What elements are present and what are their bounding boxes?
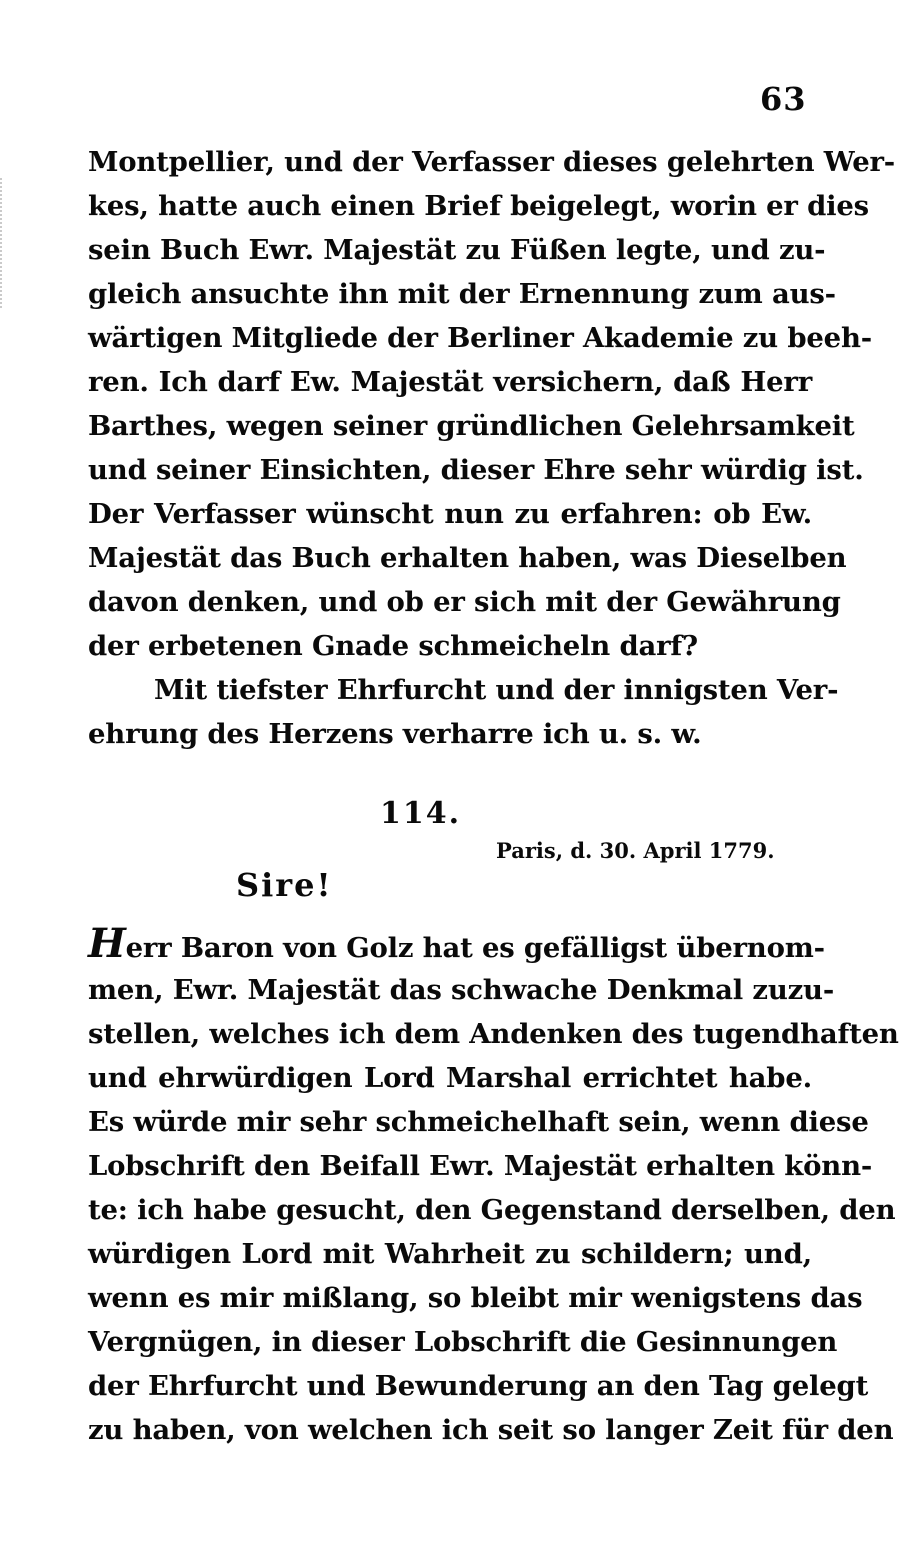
text-line: Montpellier, und der Verfasser dieses ge… [88,140,812,184]
drop-cap: H [88,920,126,967]
text-line: Es würde mir sehr schmeichelhaft sein, w… [88,1100,812,1144]
text-line: wärtigen Mitgliede der Berliner Akademie… [88,316,812,360]
text-line: kes, hatte auch einen Brief beigelegt, w… [88,184,812,228]
text-line: würdigen Lord mit Wahrheit zu schildern;… [88,1232,812,1276]
text-line: Lobschrift den Beifall Ewr. Majestät erh… [88,1144,812,1188]
text-line: stellen, welches ich dem Andenken des tu… [88,1012,812,1056]
text-line-first: Herr Baron von Golz hat es gefälligst üb… [88,924,812,968]
text-line: gleich ansuchte ihn mit der Ernennung zu… [88,272,812,316]
text-line: davon denken, und ob er sich mit der Gew… [88,580,812,624]
page-number: 63 [760,80,807,118]
closing-line: ehrung des Herzens verharre ich u. s. w. [88,712,812,756]
text-line: men, Ewr. Majestät das schwache Denkmal … [88,968,812,1012]
text-line: Majestät das Buch erhalten haben, was Di… [88,536,812,580]
text-line: Der Verfasser wünscht nun zu erfahren: o… [88,492,812,536]
scan-edge-artifact [0,178,2,308]
letter-salutation: Sire! [236,866,333,904]
letter-dateline: Paris, d. 30. April 1779. [496,838,775,863]
text-line: der Ehrfurcht und Bewunderung an den Tag… [88,1364,812,1408]
letter-body-continued: Montpellier, und der Verfasser dieses ge… [88,140,812,756]
first-line-text: err Baron von Golz hat es gefälligst übe… [126,932,825,964]
text-line: ren. Ich darf Ew. Majestät versichern, d… [88,360,812,404]
text-line: Barthes, wegen seiner gründlichen Gelehr… [88,404,812,448]
letter-number: 114. [380,796,461,831]
text-line: Vergnügen, in dieser Lobschrift die Gesi… [88,1320,812,1364]
closing-line: Mit tiefster Ehrfurcht und der innigsten… [88,668,812,712]
text-line: sein Buch Ewr. Majestät zu Füßen legte, … [88,228,812,272]
text-line: te: ich habe gesucht, den Gegenstand der… [88,1188,812,1232]
book-page: 63 Montpellier, und der Verfasser dieses… [0,0,900,1545]
letter-body: Herr Baron von Golz hat es gefälligst üb… [88,924,812,1452]
text-line: und ehrwürdigen Lord Marshal errichtet h… [88,1056,812,1100]
text-line: zu haben, von welchen ich seit so langer… [88,1408,812,1452]
text-line: und seiner Einsichten, dieser Ehre sehr … [88,448,812,492]
text-line: wenn es mir mißlang, so bleibt mir wenig… [88,1276,812,1320]
text-line: der erbetenen Gnade schmeicheln darf? [88,624,812,668]
